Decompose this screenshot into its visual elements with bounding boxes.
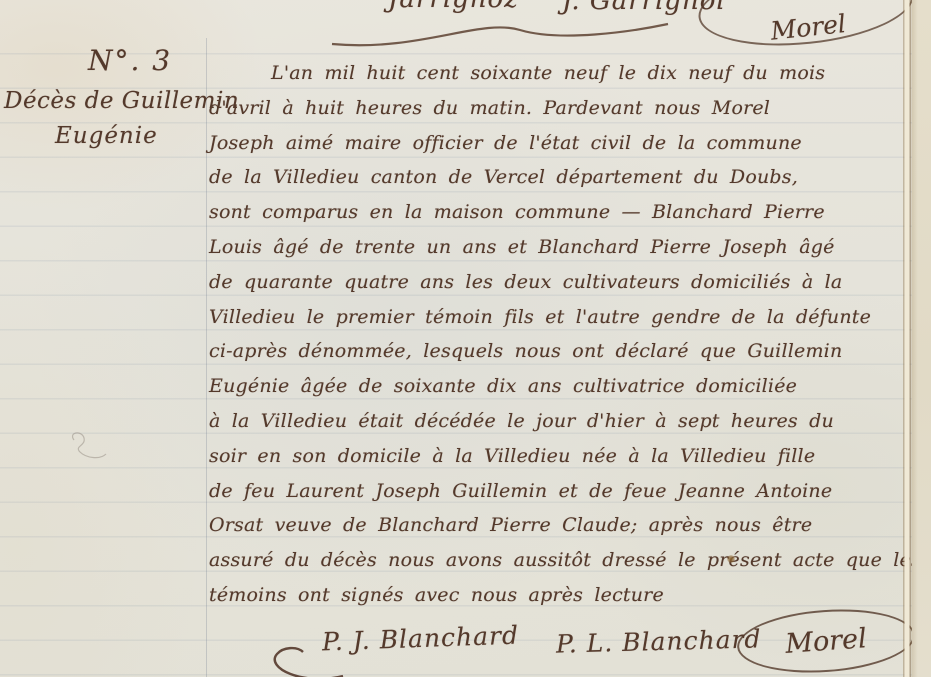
- body-line: à la Villedieu était décédée le jour d'h…: [209, 404, 909, 439]
- officer-name: Morel: [784, 623, 867, 660]
- deceased-name-note-line1: Décès de Guillemin: [4, 88, 239, 114]
- ink-stain: [727, 555, 735, 563]
- officer-name: Morel: [769, 9, 847, 46]
- body-line: de la Villedieu canton de Vercel départe…: [209, 160, 909, 195]
- body-line: L'an mil huit cent soixante neuf le dix …: [209, 56, 909, 91]
- body-line: de quarante quatre ans les deux cultivat…: [209, 265, 909, 300]
- body-line: témoins ont signés avec nous après lectu…: [209, 578, 909, 613]
- body-line: Louis âgé de trente un ans et Blanchard …: [209, 230, 909, 265]
- body-line: Joseph aimé maire officier de l'état civ…: [209, 126, 909, 161]
- witness-signature: P. L. Blanchard: [556, 624, 762, 658]
- margin-rule-line: [206, 38, 207, 677]
- deceased-name-note-line2: Eugénie: [55, 123, 158, 149]
- next-page-edge: [912, 0, 931, 677]
- body-line: d'avril à huit heures du matin. Pardevan…: [209, 91, 909, 126]
- body-line: Orsat veuve de Blanchard Pierre Claude; …: [209, 508, 909, 543]
- witness-signature: P. J. Blanchard: [322, 621, 520, 657]
- previous-act-signature: Jarrignoz: [388, 0, 519, 14]
- body-line: ci-après dénommée, lesquels nous ont déc…: [209, 334, 909, 369]
- officer-signature: Morel: [735, 604, 917, 677]
- body-line: Villedieu le premier témoin fils et l'au…: [209, 300, 909, 335]
- body-line: de feu Laurent Joseph Guillemin et de fe…: [209, 474, 909, 509]
- act-body: L'an mil huit cent soixante neuf le dix …: [209, 56, 909, 613]
- previous-act-officer-signature: Morel: [695, 0, 918, 55]
- signature-flourish-stroke: [330, 16, 670, 50]
- body-line: soir en son domicile à la Villedieu née …: [209, 439, 909, 474]
- body-line: Eugénie âgée de soixante dix ans cultiva…: [209, 369, 909, 404]
- pencil-mark: [66, 430, 128, 464]
- page-fold-crease: [903, 0, 912, 677]
- body-line: assuré du décès nous avons aussitôt dres…: [209, 543, 909, 578]
- act-number: N°. 3: [88, 44, 172, 77]
- death-record-page: Jarrignoz J. Garrignol Morel N°. 3 Décès…: [0, 0, 931, 677]
- body-line: sont comparus en la maison commune — Bla…: [209, 195, 909, 230]
